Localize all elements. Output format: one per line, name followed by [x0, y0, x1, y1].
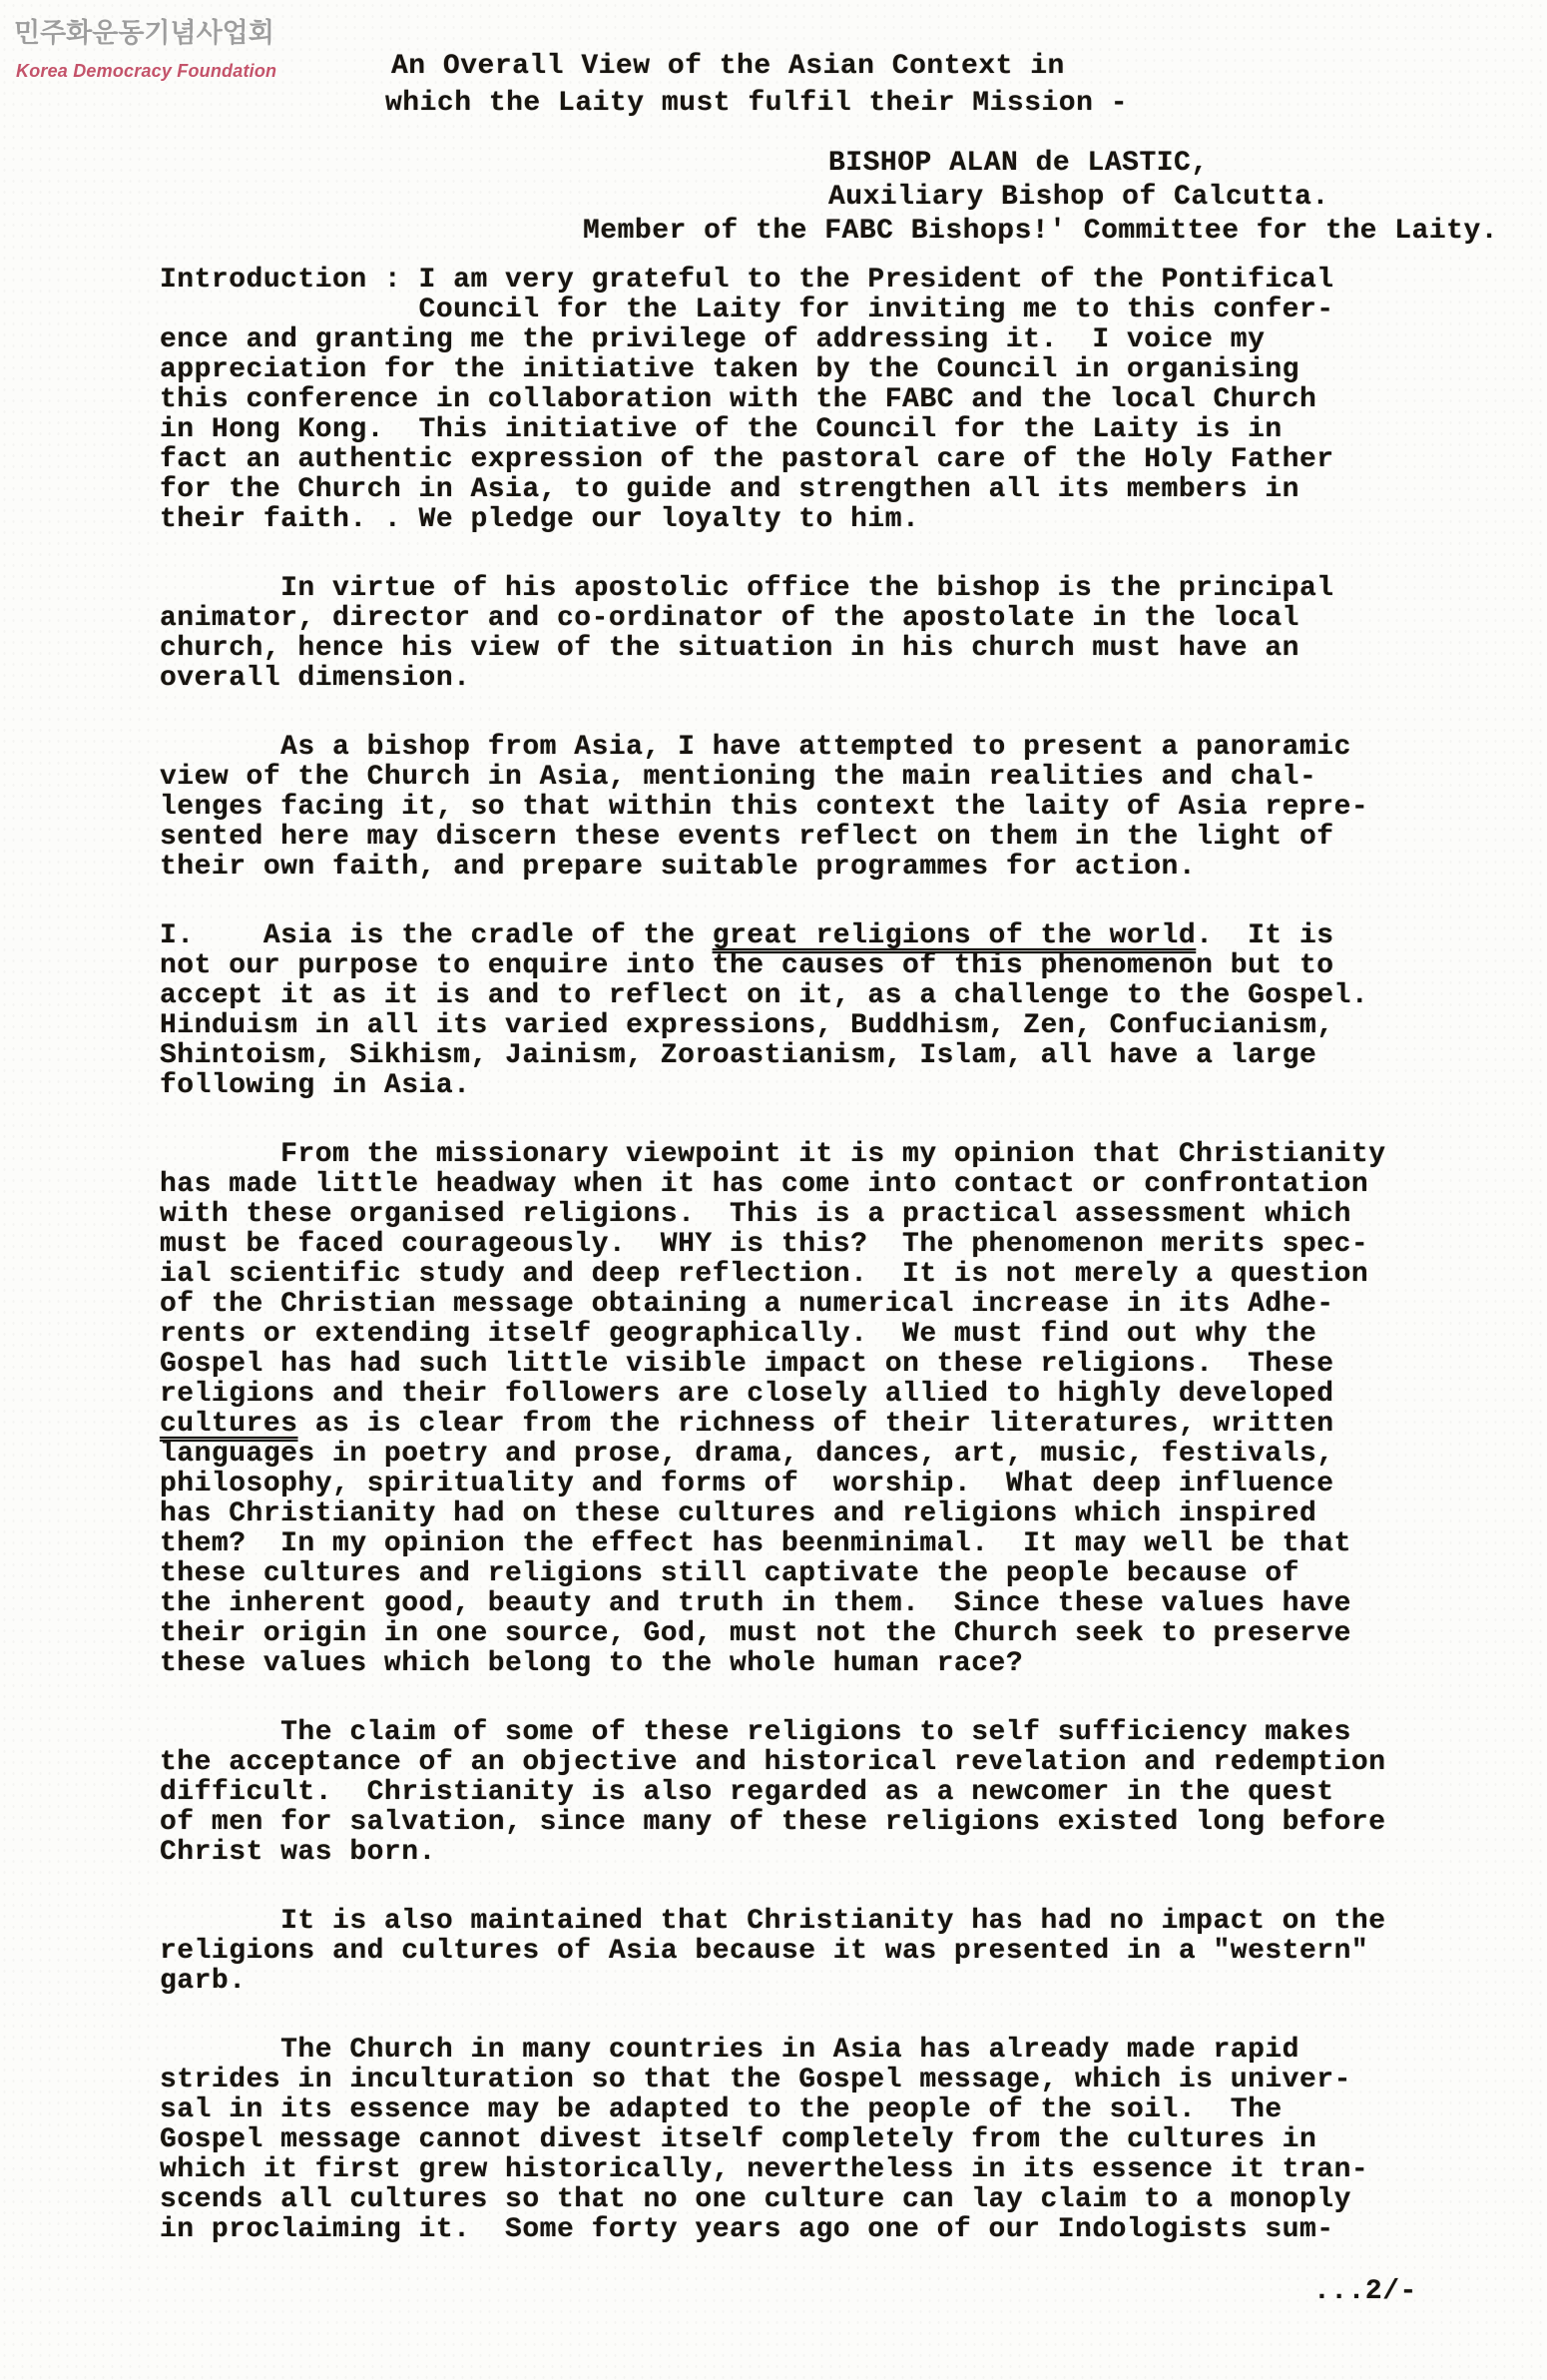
- paragraph-lines: Introduction : I am very grateful to the…: [160, 266, 1334, 535]
- author-role: Auxiliary Bishop of Calcutta.: [828, 183, 1329, 213]
- paragraph-lines: The claim of some of these religions to …: [160, 1718, 1386, 1868]
- cultures-line-tail: as is clear from the richness of their l…: [297, 1409, 1333, 1440]
- section-1-lead-text: I. Asia is the cradle of the: [160, 920, 713, 951]
- paragraph-lines: languages in poetry and prose, drama, da…: [160, 1440, 1386, 1679]
- page-number-marker: ...2/-: [1313, 2277, 1417, 2307]
- paragraph-bishop-office: In virtue of his apostolic office the bi…: [160, 574, 1334, 694]
- paragraph-lines: not our purpose to enquire into the caus…: [160, 951, 1368, 1101]
- paragraph-lines: As a bishop from Asia, I have attempted …: [160, 733, 1368, 883]
- document-title-line-2: which the Laity must fulfil their Missio…: [385, 89, 1128, 119]
- paragraph-lines: In virtue of his apostolic office the bi…: [160, 574, 1334, 694]
- paragraph-inculturation: The Church in many countries in Asia has…: [160, 2036, 1368, 2245]
- paragraph-lines: From the missionary viewpoint it is my o…: [160, 1140, 1386, 1410]
- korea-democracy-foundation-korean-logo: 민주화운동기념사업회: [14, 14, 274, 54]
- paragraph-panoramic-view: As a bishop from Asia, I have attempted …: [160, 733, 1368, 883]
- korea-democracy-foundation-english-logo: Korea Democracy Foundation: [16, 60, 276, 82]
- paragraph-western-garb: It is also maintained that Christianity …: [160, 1907, 1386, 1997]
- paragraph-introduction: Introduction : I am very grateful to the…: [160, 266, 1334, 535]
- paragraph-lines: The Church in many countries in Asia has…: [160, 2036, 1368, 2245]
- paragraph-missionary-viewpoint: From the missionary viewpoint it is my o…: [160, 1140, 1386, 1679]
- paragraph-lines: It is also maintained that Christianity …: [160, 1907, 1386, 1997]
- underlined-phrase-cultures: cultures: [160, 1409, 297, 1440]
- cultures-line: cultures as is clear from the richness o…: [160, 1410, 1386, 1440]
- document-title-line-1: An Overall View of the Asian Context in: [391, 52, 1065, 82]
- paragraph-self-sufficiency-claim: The claim of some of these religions to …: [160, 1718, 1386, 1868]
- underlined-phrase-great-religions: great religions of the world: [713, 920, 1196, 951]
- author-membership: Member of the FABC Bishops!' Committee f…: [583, 217, 1498, 247]
- section-1-tail-text: . It is: [1196, 920, 1333, 951]
- section-1-first-line: I. Asia is the cradle of the great relig…: [160, 921, 1368, 951]
- author-name: BISHOP ALAN de LASTIC,: [828, 149, 1209, 179]
- scanned-document-page: 민주화운동기념사업회 Korea Democracy Foundation An…: [0, 0, 1547, 2380]
- section-1-great-religions: I. Asia is the cradle of the great relig…: [160, 921, 1368, 1101]
